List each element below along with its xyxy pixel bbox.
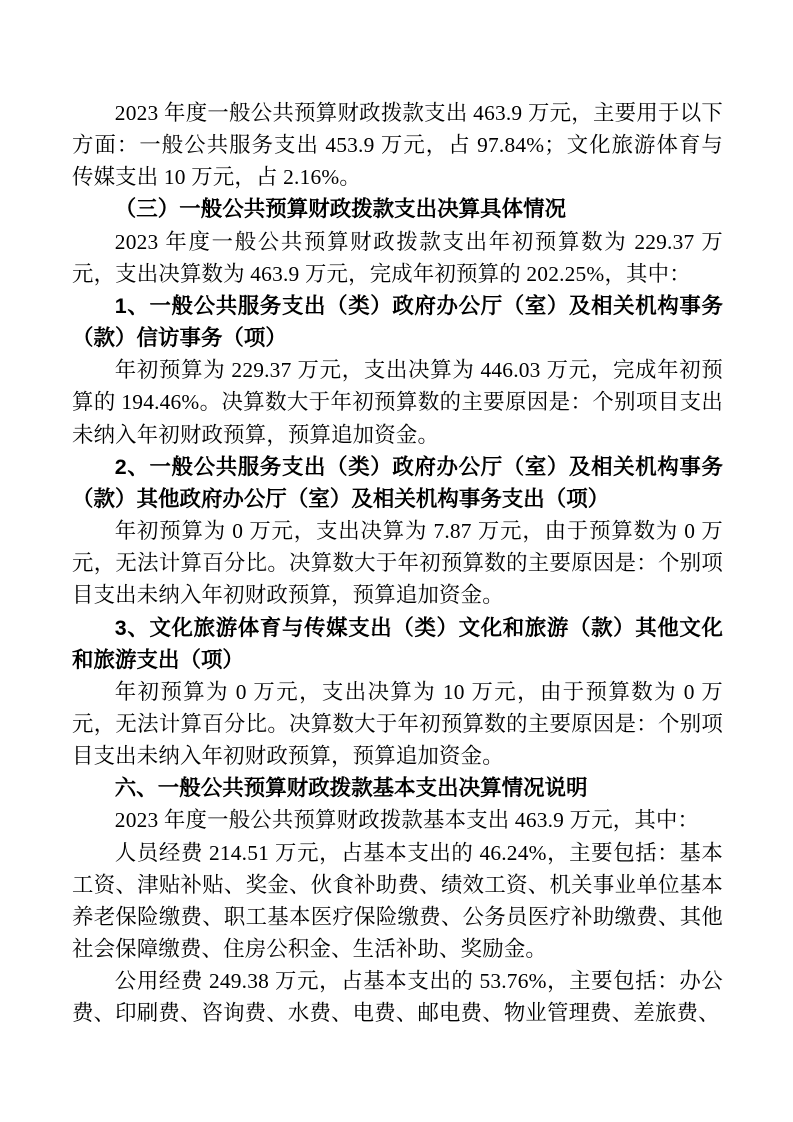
paragraph-public-expenses: 公用经费 249.38 万元，占基本支出的 53.76%，主要包括：办公费、印刷…	[72, 965, 723, 1029]
paragraph-item-2-detail: 年初预算为 0 万元，支出决算为 7.87 万元，由于预算数为 0 万元，无法计…	[72, 515, 723, 611]
paragraph-basic-expenditure-total: 2023 年度一般公共预算财政拨款基本支出 463.9 万元，其中：	[72, 804, 723, 836]
document-page: 2023 年度一般公共预算财政拨款支出 463.9 万元，主要用于以下方面：一般…	[0, 0, 793, 1122]
document-content: 2023 年度一般公共预算财政拨款支出 463.9 万元，主要用于以下方面：一般…	[72, 97, 723, 1030]
paragraph-item-3-detail: 年初预算为 0 万元，支出决算为 10 万元，由于预算数为 0 万元，无法计算百…	[72, 676, 723, 772]
section-heading-3-expenditure-details: （三）一般公共预算财政拨款支出决算具体情况	[72, 193, 723, 225]
subsection-heading-3-culture-tourism: 3、文化旅游体育与传媒支出（类）文化和旅游（款）其他文化和旅游支出（项）	[72, 612, 723, 676]
paragraph-personnel-expenses: 人员经费 214.51 万元，占基本支出的 46.24%，主要包括：基本工资、津…	[72, 837, 723, 966]
paragraph-expenditure-overview: 2023 年度一般公共预算财政拨款支出 463.9 万元，主要用于以下方面：一般…	[72, 97, 723, 193]
paragraph-item-1-detail: 年初预算为 229.37 万元，支出决算为 446.03 万元，完成年初预算的 …	[72, 354, 723, 450]
subsection-heading-2-other-government-office: 2、一般公共服务支出（类）政府办公厅（室）及相关机构事务（款）其他政府办公厅（室…	[72, 451, 723, 515]
section-heading-6-basic-expenditure: 六、一般公共预算财政拨款基本支出决算情况说明	[72, 772, 723, 804]
paragraph-budget-vs-final: 2023 年度一般公共预算财政拨款支出年初预算数为 229.37 万元，支出决算…	[72, 226, 723, 290]
subsection-heading-1-petition-affairs: 1、一般公共服务支出（类）政府办公厅（室）及相关机构事务（款）信访事务（项）	[72, 290, 723, 354]
